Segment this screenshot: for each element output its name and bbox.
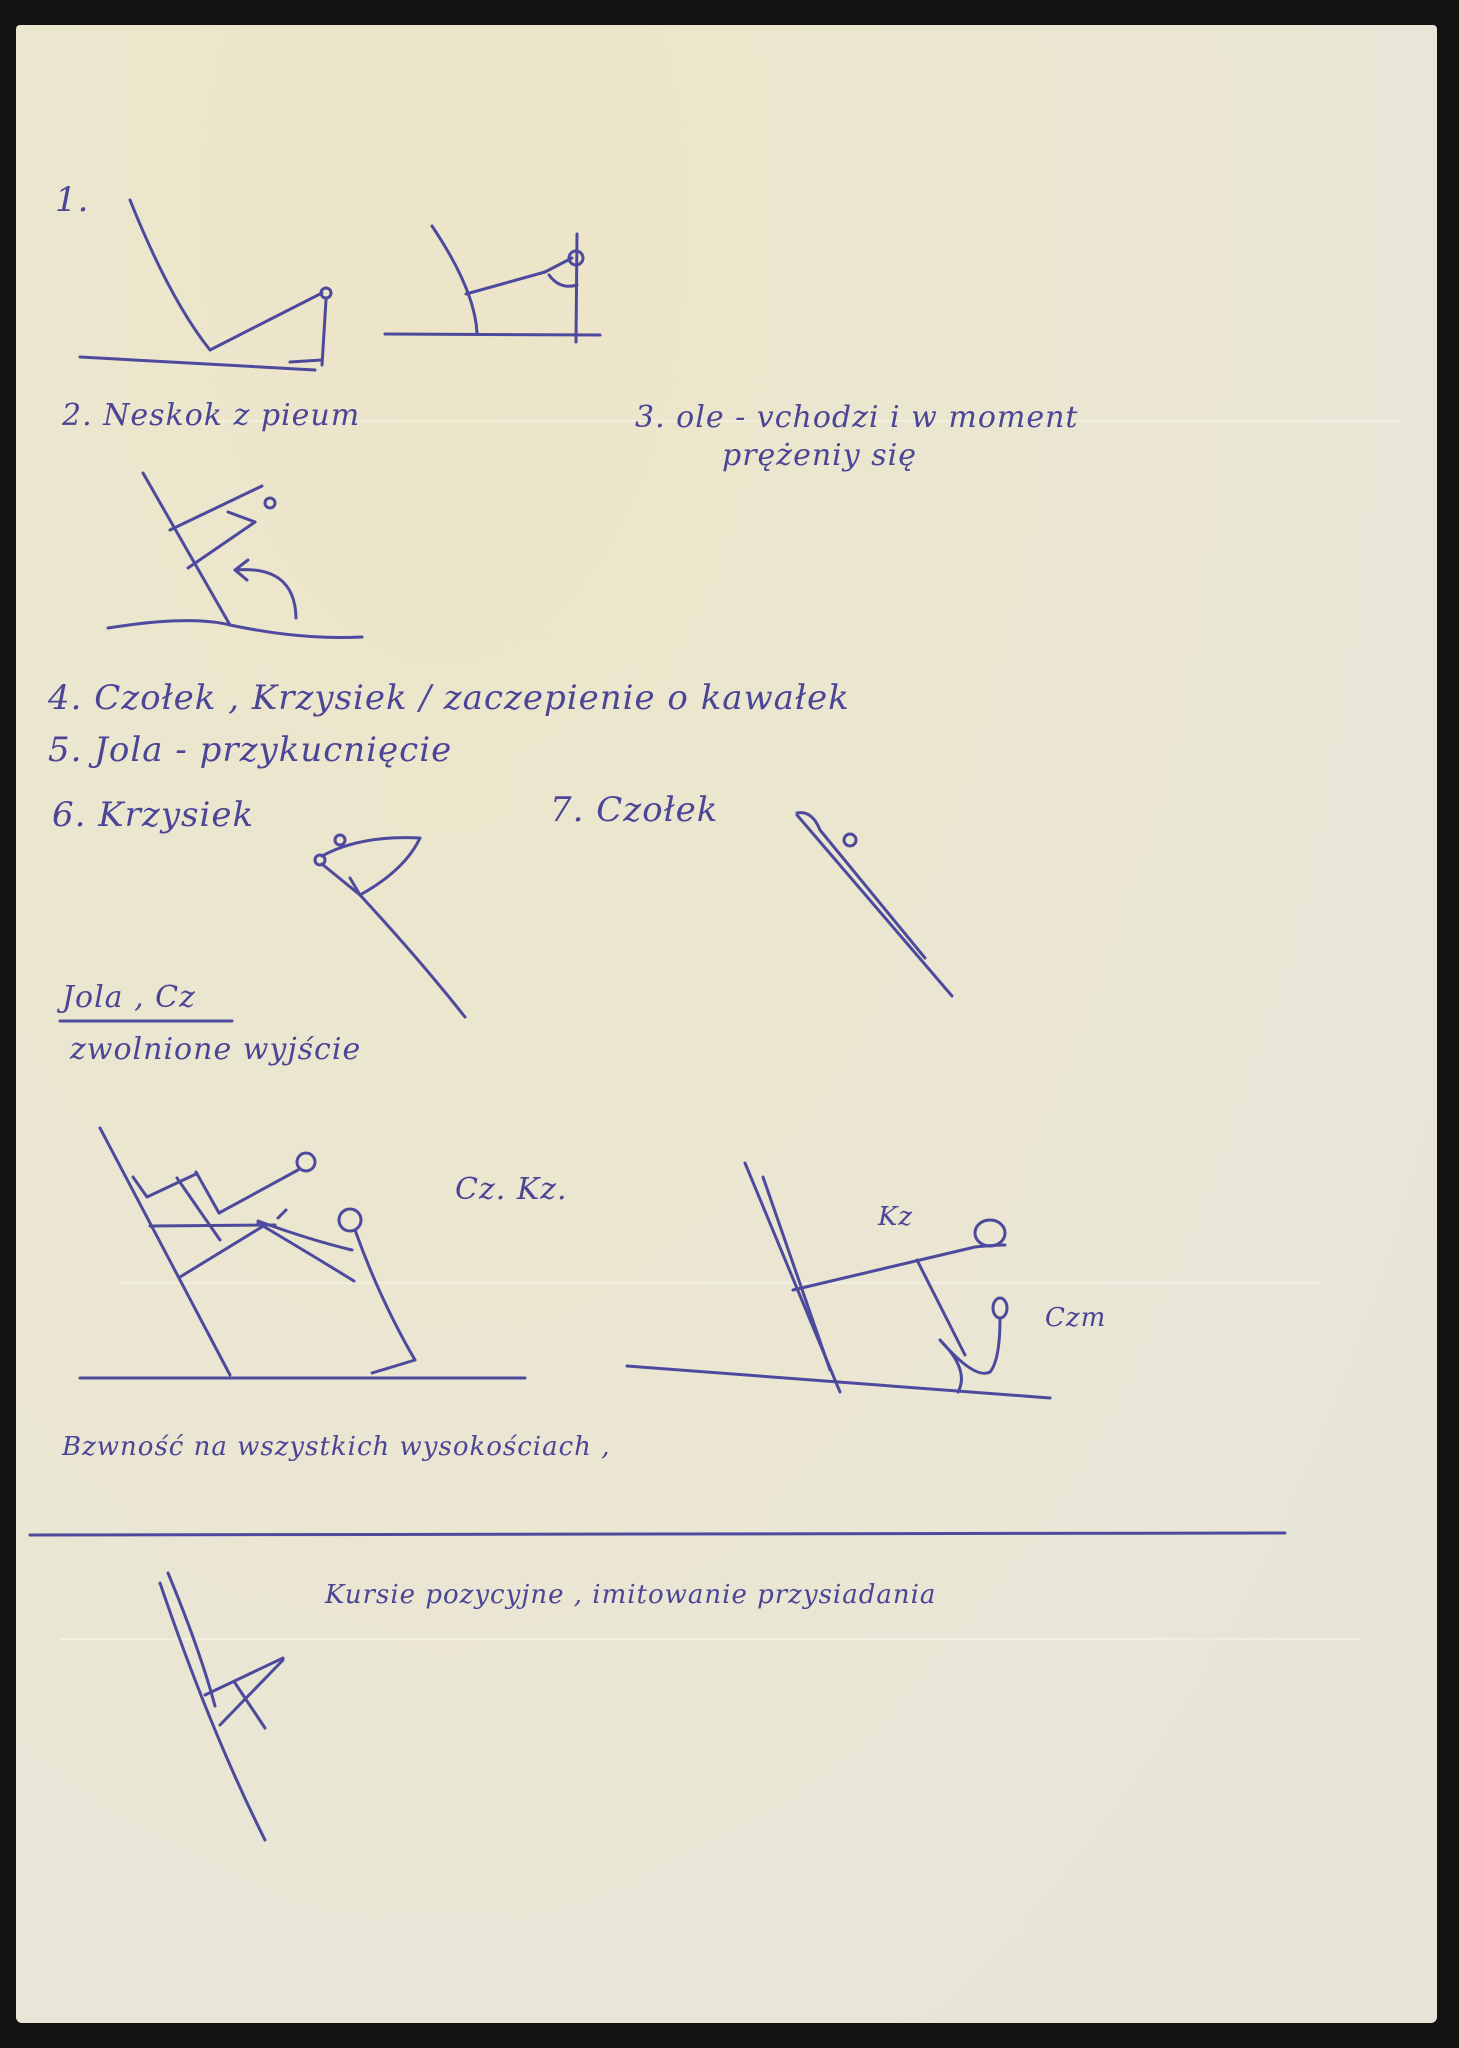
sketch-label-kz: Kz: [878, 1202, 913, 1232]
item-3-label-line2: prężeniy się: [722, 438, 917, 473]
section-jola-subheading: zwolnione wyjście: [70, 1032, 361, 1067]
item-2-label: 2. Neskok z pieum: [62, 398, 360, 433]
item-1-label: 1.: [55, 180, 89, 220]
item-7-label: 7. Czołek: [550, 790, 718, 830]
note-line-1: Bzwność na wszystkich wysokościach ,: [62, 1432, 610, 1462]
note-line-2: Kursie pozycyjne , imitowanie przysiadan…: [325, 1580, 936, 1610]
sketch-label-czkz: Cz. Kz.: [455, 1172, 568, 1207]
sketch-label-czm: Czm: [1045, 1303, 1106, 1333]
item-4-label: 4. Czołek , Krzysiek / zaczepienie o kaw…: [48, 678, 850, 718]
item-3-label-line1: 3. ole - vchodzi i w moment: [635, 400, 1078, 435]
item-6-label: 6. Krzysiek: [52, 795, 254, 835]
section-jola-heading: Jola , Cz: [62, 980, 196, 1015]
paper-sheet: [16, 25, 1437, 2023]
paper-crease: [120, 1282, 1320, 1284]
item-5-label: 5. Jola - przykucnięcie: [48, 730, 452, 770]
paper-crease: [60, 1638, 1360, 1640]
